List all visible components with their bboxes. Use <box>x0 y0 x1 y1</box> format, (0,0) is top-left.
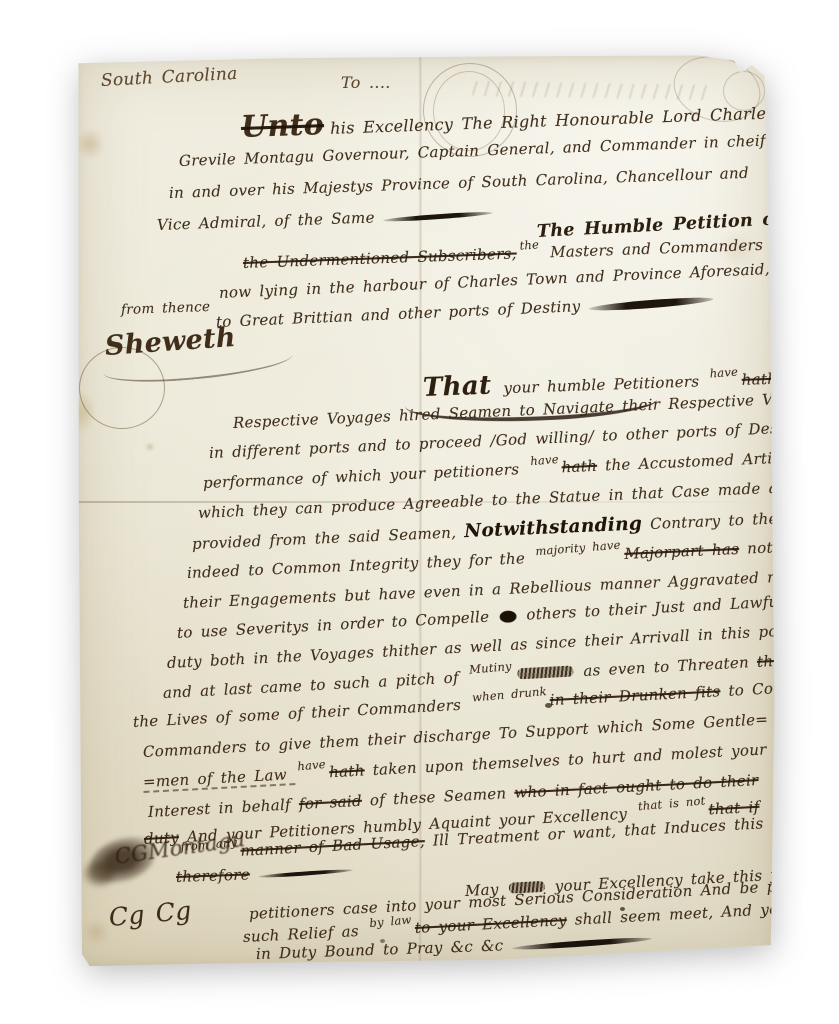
colony-heading: South Carolina <box>100 64 238 91</box>
address-line: in and over his Majestys Province of Sou… <box>169 164 749 202</box>
strikethrough-segment: hath <box>561 457 597 477</box>
strikethrough-segment: the Undermentioned Subscribers, <box>243 244 517 272</box>
strikethrough-segment: the <box>757 652 775 671</box>
underlined-segment: =men of the Law <box>143 765 296 793</box>
margin-initials: Cg Cg <box>108 896 193 932</box>
paper-stain <box>81 921 111 943</box>
text-segment: To .... <box>341 73 391 92</box>
text-segment: Cg Cg <box>108 896 193 932</box>
opening-word-struck: Unto <box>240 107 324 145</box>
ink-dash <box>511 936 651 952</box>
strikethrough-segment: who in fact ought to do their <box>514 771 759 802</box>
text-segment: the Accustomed Articles signed, and <box>597 443 775 474</box>
strikethrough-segment: for said <box>298 792 362 813</box>
text-segment: to Compelle the said <box>720 673 775 700</box>
address-line: Vice Admiral, of the Same <box>157 204 493 234</box>
text-segment: as even to Threaten <box>575 653 758 680</box>
text-segment: Contrary to these Laws and <box>642 505 775 533</box>
text-segment: South Carolina <box>100 64 238 91</box>
strikethrough-segment: Majorpart has <box>624 540 740 563</box>
insertion-segment: Mutiny <box>469 659 513 677</box>
insertion-segment: by law <box>369 912 412 930</box>
text-segment: of these Seamen <box>361 784 514 810</box>
manuscript-page: South Carolina To .... Untohis Excellenc… <box>75 55 775 967</box>
insertion-segment: when drunk <box>471 684 547 704</box>
strikethrough-segment: in their Drunken fits <box>549 682 721 709</box>
ink-blot <box>499 610 517 623</box>
text-segment: Interest in behalf <box>148 795 300 821</box>
insertion-segment: majority have <box>535 538 621 559</box>
text-segment: performance of which your petitioners <box>203 460 528 492</box>
margin-insertion: from thence <box>121 299 211 318</box>
strikethrough-segment: to your Excellency <box>414 911 567 937</box>
strikethrough-segment: therefore <box>176 865 251 886</box>
text-segment: to use Severitys in order to Compelle <box>177 607 498 642</box>
strikethrough-segment: hath <box>741 370 775 389</box>
insertion-segment: the <box>519 237 539 252</box>
paper-stain <box>145 443 155 451</box>
text-segment: Vice Admiral, of the Same <box>157 208 375 234</box>
ink-dash <box>588 295 713 313</box>
ink-dash <box>258 868 353 879</box>
insertion-segment: that is not <box>637 793 706 813</box>
ink-dash <box>383 210 493 223</box>
ink-smudge <box>83 859 117 887</box>
text-segment: not only <box>739 536 775 558</box>
paper-stain <box>77 127 103 161</box>
ink-scribble <box>517 666 573 680</box>
manuscript-page-wrapper: South Carolina To .... Untohis Excellenc… <box>75 55 775 967</box>
strikethrough-segment: hath <box>329 761 365 781</box>
text-segment: others to their Just and Lawfull <box>518 592 775 624</box>
insertion-segment: have <box>710 365 739 381</box>
insertion-segment: have <box>529 452 558 468</box>
text-segment: from thence <box>121 299 211 318</box>
scan-background: { "document": { "kind": "manuscript peti… <box>0 0 839 1024</box>
insertion-segment: have <box>297 757 326 773</box>
text-segment: in and over his Majestys Province of Sou… <box>169 164 749 202</box>
text-segment: indeed to Common Integrity they for the <box>187 549 534 582</box>
text-segment: to Great Brittian and other ports of Des… <box>216 297 581 331</box>
text-segment: provided from the said Seamen, <box>192 523 465 553</box>
opening-word: That <box>422 371 491 403</box>
struck-word-line: therefore <box>176 862 353 886</box>
salutation-to: To .... <box>341 73 391 92</box>
